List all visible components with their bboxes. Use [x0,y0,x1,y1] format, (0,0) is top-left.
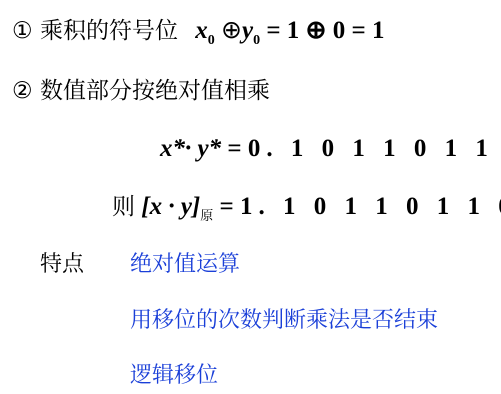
sign-bit-result: = 1 ⊕ 0 = 1 [266,17,384,44]
step2-line: ② 数值部分按绝对值相乘 [12,72,270,105]
xor-symbol: ⊕ [221,17,242,44]
var-x: x [195,17,208,44]
sub-0: 0 [208,33,215,48]
sub-0: 0 [253,33,260,48]
step1-marker: ① [12,18,33,44]
feature-item: 用移位的次数判断乘法是否结束 [130,303,438,334]
result-sub: 原 [200,209,213,224]
result-prefix: 则 [112,194,135,220]
sign-bit-formula: x0 ⊕y0 = 1 ⊕ 0 = 1 [195,17,384,44]
product-line: x*· y* = 0. 1 0 1 1 0 1 1 0 [160,135,501,163]
result-expr: [x · y] [141,193,200,220]
product-lhs: x*· y* [160,135,221,162]
feature-item: 绝对值运算 [130,247,240,278]
features-label: 特点 [40,247,84,278]
feature-item: 逻辑移位 [130,358,218,389]
equals: = [213,193,240,220]
step1-label: 乘积的符号位 [40,18,178,44]
step2-label: 数值部分按绝对值相乘 [40,78,270,104]
result-line: 则 [x · y]原 = 1. 1 0 1 1 0 1 1 0 [112,188,501,224]
product-value: 0. 1 0 1 1 0 1 1 0 [248,135,501,162]
equals: = [221,135,248,162]
step1-line: ① 乘积的符号位 x0 ⊕y0 = 1 ⊕ 0 = 1 [12,12,385,49]
result-value: 1. 1 0 1 1 0 1 1 0 [240,193,501,220]
step2-marker: ② [12,78,33,104]
var-y: y [242,17,253,44]
